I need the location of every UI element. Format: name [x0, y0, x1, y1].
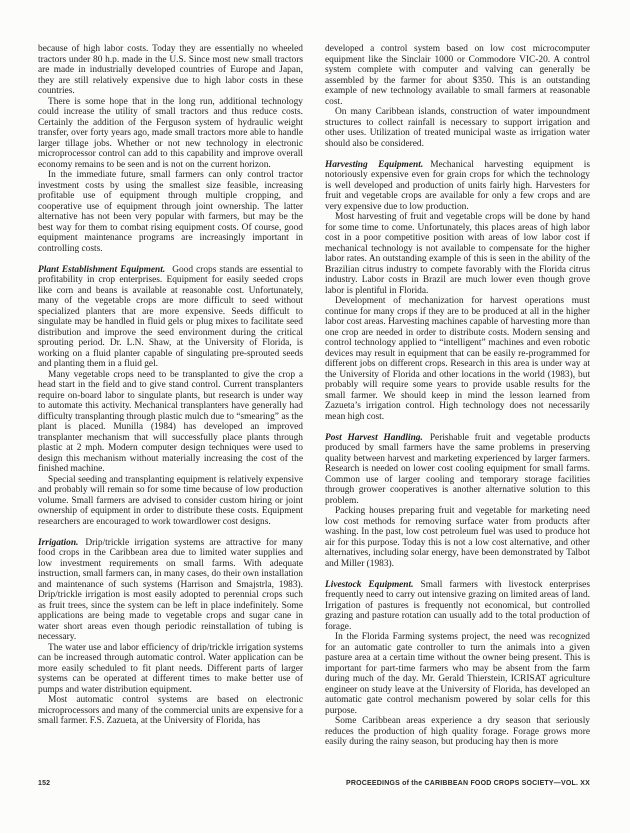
section-heading: Irrigation. — [38, 538, 78, 548]
section-paragraph: Plant Establishment Equipment.Good crops… — [38, 265, 303, 370]
paragraph: developed a control system based on low … — [325, 44, 590, 107]
page-footer: 152 PROCEEDINGS of the CARIBBEAN FOOD CR… — [38, 780, 590, 787]
page-number: 152 — [38, 780, 50, 787]
section-paragraph: Post Harvest Handling.Perishable fruit a… — [325, 433, 590, 507]
paragraph: because of high labor costs. Today they … — [38, 44, 303, 97]
paragraph: Most harvesting of fruit and vegetable c… — [325, 212, 590, 296]
section-heading: Livestock Equipment. — [325, 580, 413, 590]
paragraph: Packing houses preparing fruit and veget… — [325, 506, 590, 569]
section-paragraph: Irrigation.Drip/trickle irrigation syste… — [38, 538, 303, 643]
journal-title: PROCEEDINGS of the CARIBBEAN FOOD CROPS … — [346, 780, 590, 787]
paragraph: There is some hope that in the long run,… — [38, 97, 303, 171]
section-heading: Post Harvest Handling. — [325, 433, 423, 443]
paragraph: The water use and labor efficiency of dr… — [38, 643, 303, 696]
section-paragraph: Livestock Equipment.Small farmers with l… — [325, 580, 590, 633]
paragraph: Development of mechanization for harvest… — [325, 296, 590, 422]
left-column: because of high labor costs. Today they … — [38, 44, 303, 748]
paragraph: On many Caribbean islands, construction … — [325, 107, 590, 149]
right-column: developed a control system based on low … — [325, 44, 590, 748]
paragraph: Some Caribbean areas experience a dry se… — [325, 716, 590, 748]
paragraph: Most automatic control systems are based… — [38, 695, 303, 727]
paragraph: In the Florida Farming systems project, … — [325, 632, 590, 716]
section-heading: Harvesting Equipment. — [325, 160, 423, 170]
paragraph: In the immediate future, small farmers c… — [38, 170, 303, 254]
paragraph: Special seeding and transplanting equipm… — [38, 475, 303, 528]
document-page: because of high labor costs. Today they … — [0, 0, 630, 833]
section-heading: Plant Establishment Equipment. — [38, 265, 165, 275]
page-body: because of high labor costs. Today they … — [38, 44, 590, 748]
paragraph: Many vegetable crops need to be transpla… — [38, 370, 303, 475]
section-paragraph: Harvesting Equipment.Mechanical harvesti… — [325, 160, 590, 213]
